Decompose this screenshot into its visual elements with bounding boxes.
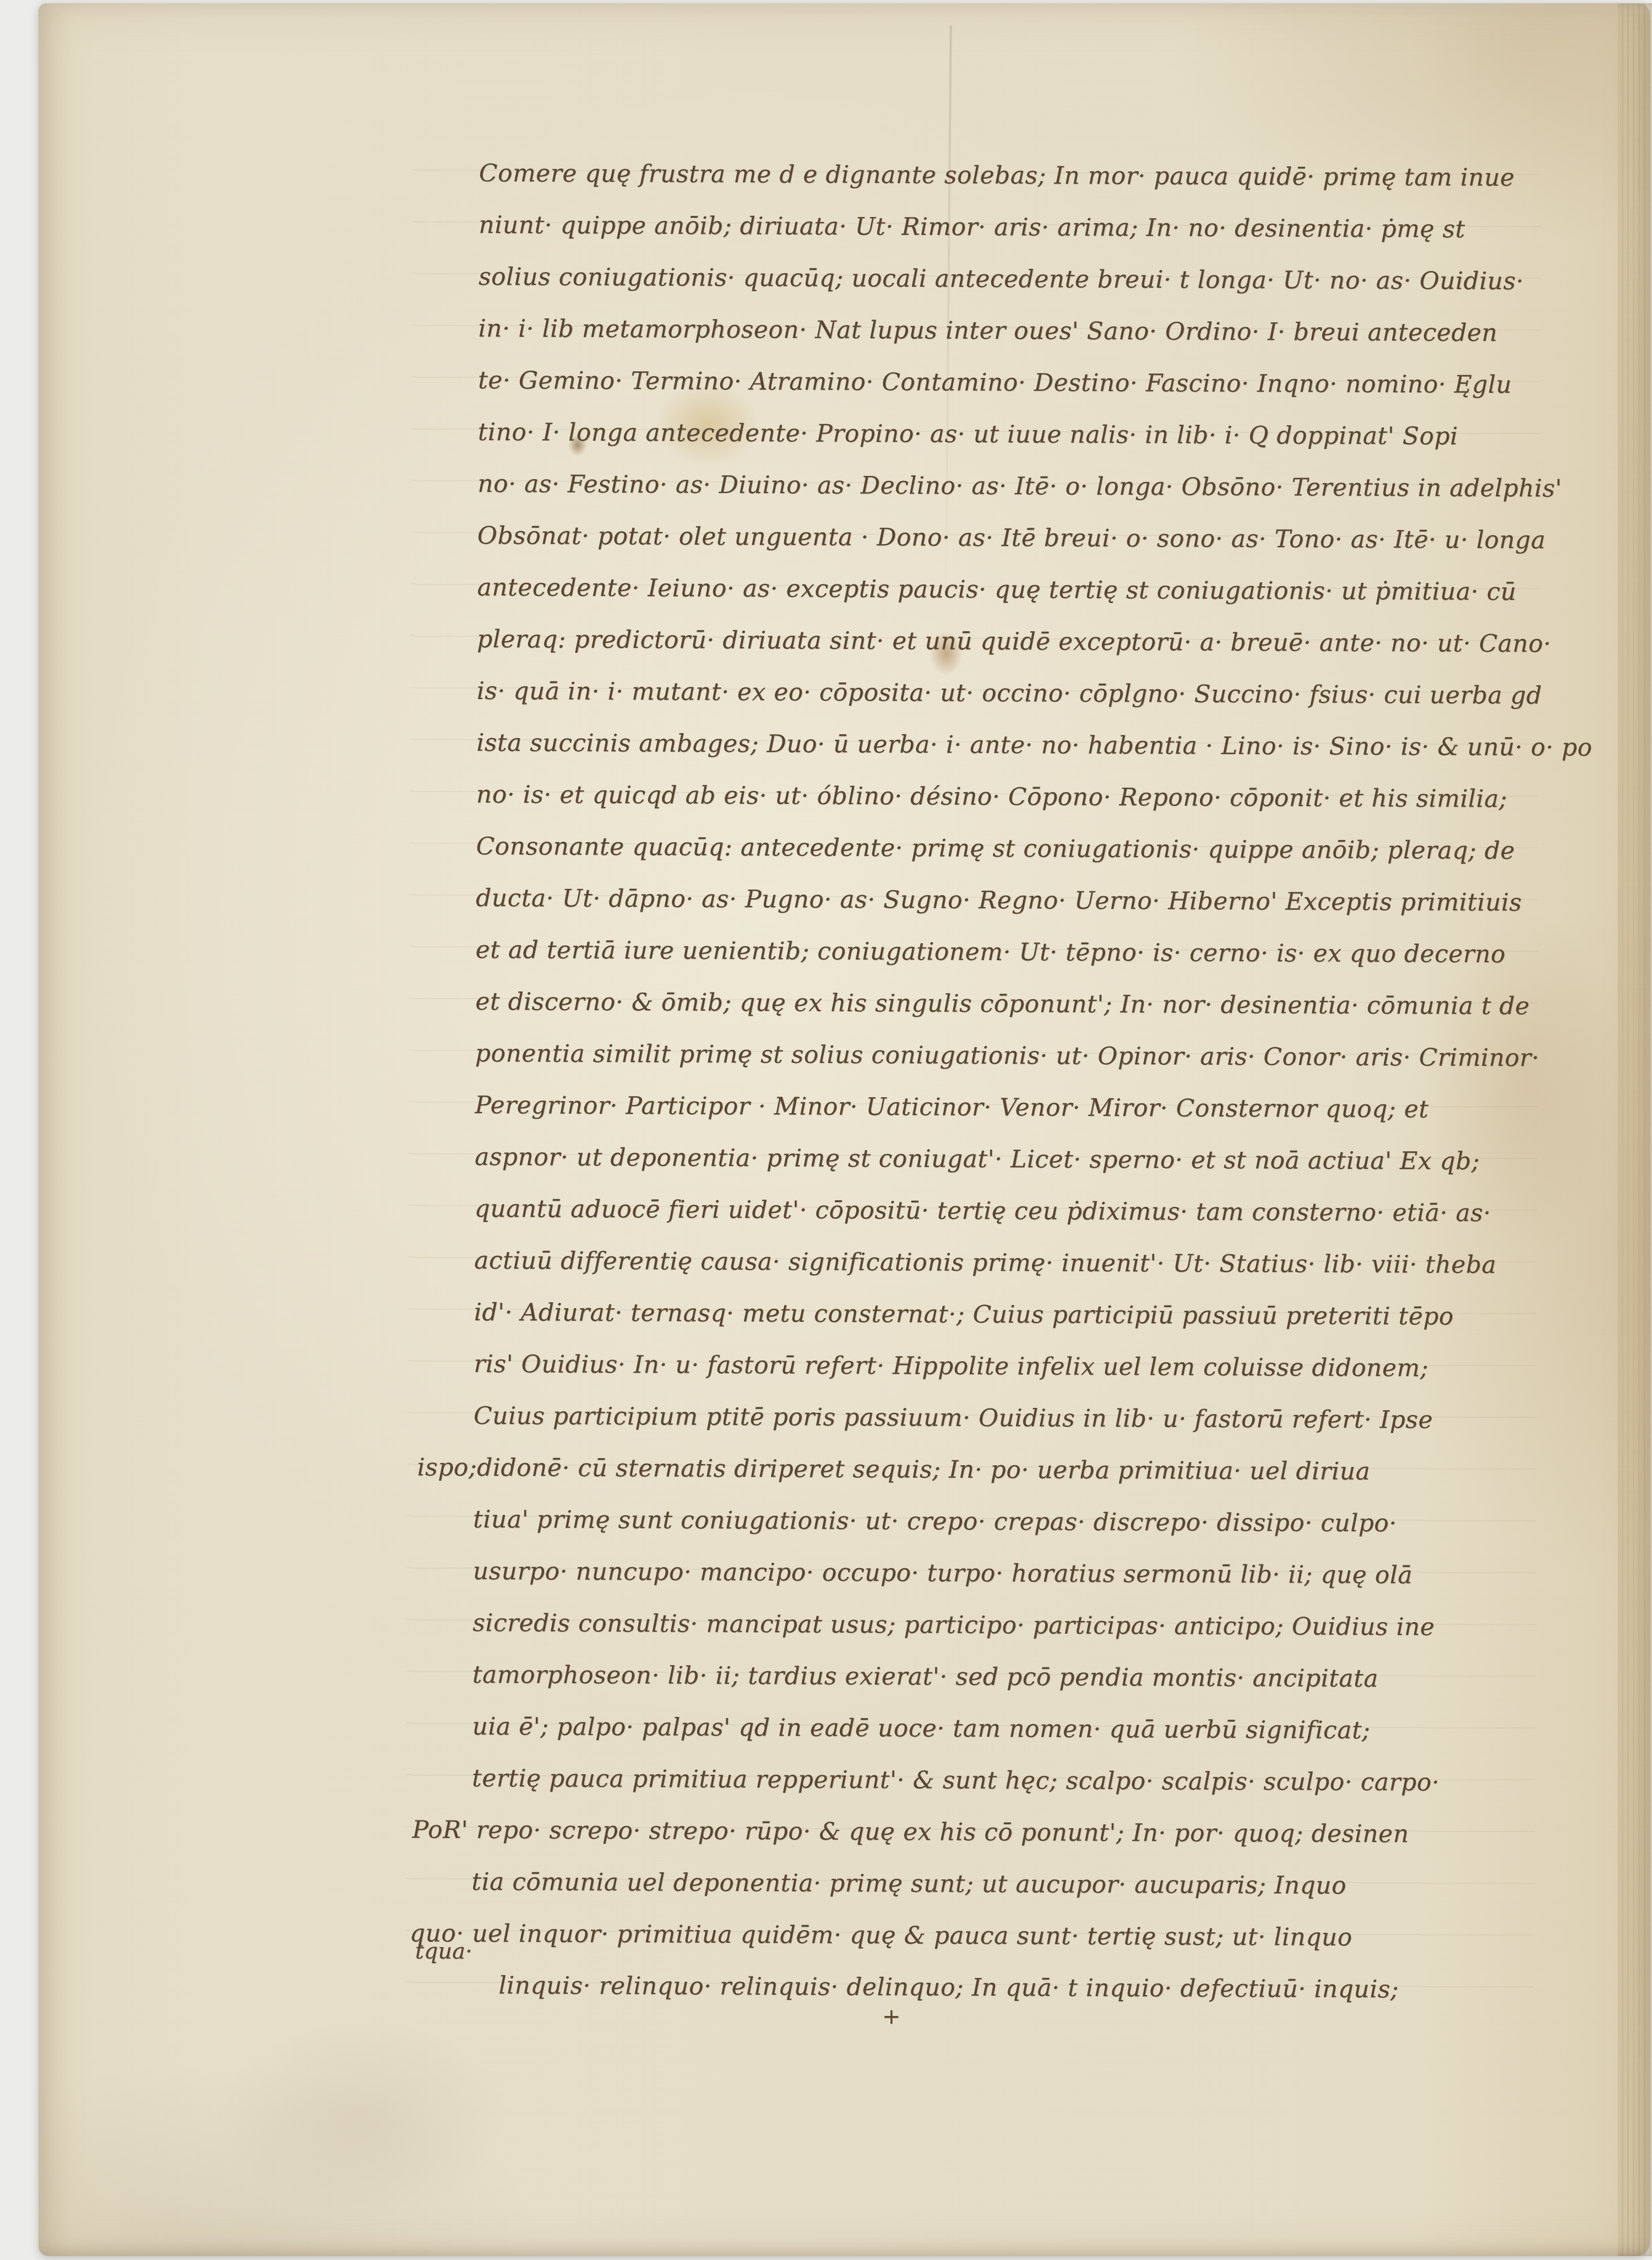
manuscript-text-line: no· as· Festino· as· Diuino· as· Declino…	[477, 458, 1562, 515]
manuscript-text-line: Peregrinor· Participor · Minor· Uaticino…	[475, 1080, 1428, 1136]
manuscript-text-line: et ad tertiā iure uenientib; coniugation…	[475, 924, 1506, 980]
manuscript-text-line: id'· Adiurat· ternasq· metu consternat·;…	[474, 1287, 1454, 1343]
manuscript-text-line: solius coniugationis· quacūq; uocali ant…	[479, 251, 1524, 307]
manuscript-text-line: sicredis consultis· mancipat usus; parti…	[472, 1597, 1435, 1654]
manuscript-text-line: ista succinis ambages; Duo· ū uerba· i· …	[476, 717, 1593, 774]
manuscript-text-line: quantū aduocē fieri uidet'· cōpositū· te…	[474, 1183, 1491, 1239]
manuscript-text-line: et discerno· & ōmib; quę ex his singulis…	[475, 976, 1530, 1032]
manuscript-text-line: is· quā in· i· mutant· ex eo· cōposita· …	[476, 665, 1542, 722]
backdrop-left-strip	[0, 0, 39, 2260]
manuscript-text-line: usurpo· nuncupo· mancipo· occupo· turpo·…	[473, 1546, 1413, 1601]
manuscript-text-line: linquis· relinquo· relinquis· delinquo; …	[498, 1960, 1399, 2015]
manuscript-text-line: niunt· quippe anōib; diriuata· Ut· Rimor…	[479, 199, 1465, 256]
manuscript-text-line: no· is· et quicqd ab eis· ut· óblino· dé…	[476, 769, 1508, 825]
manuscript-text-line: ispo;didonē· cū sternatis diriperet sequ…	[417, 1442, 1370, 1498]
manuscript-text-line: pleraq: predictorū· diriuata sint· et un…	[477, 614, 1551, 670]
manuscript-text-line: aspnor· ut deponentia· primę st coniugat…	[475, 1131, 1480, 1188]
manuscript-leaf: tqua· Comere quę frustra me d e dignante…	[39, 3, 1650, 2256]
fore-edge-stack	[1618, 3, 1652, 2256]
manuscript-text-line: te· Gemino· Termino· Atramino· Contamino…	[478, 355, 1512, 411]
manuscript-text-line: antecedente· Ieiuno· as· exceptis paucis…	[477, 562, 1517, 618]
manuscript-text-line: tia cōmunia uel deponentia· primę sunt; …	[471, 1856, 1346, 1912]
photograph-backdrop: tqua· Comere quę frustra me d e dignante…	[0, 0, 1652, 2260]
manuscript-text-line: Consonante quacūq: antecedente· primę st…	[476, 821, 1515, 877]
manuscript-text-line: PoR' repo· screpo· strepo· rūpo· & quę e…	[412, 1804, 1409, 1861]
manuscript-text-line: tertię pauca primitiua repperiunt'· & su…	[472, 1753, 1440, 1809]
manuscript-text-line: actiuū differentię causa· significationi…	[474, 1235, 1497, 1291]
manuscript-text-line: tiua' primę sunt coniugationis· ut· crep…	[473, 1494, 1397, 1549]
manuscript-text-line: Cuius participium ptitē poris passiuum· …	[474, 1390, 1433, 1446]
manuscript-text-line: Comere quę frustra me d e dignante soleb…	[479, 148, 1515, 204]
manuscript-text-line: uia ē'; palpo· palpas' qd in eadē uoce· …	[472, 1701, 1370, 1757]
manuscript-text-line: Obsōnat· potat· olet unguenta · Dono· as…	[477, 510, 1546, 566]
manuscript-text-line: quo· uel inquor· primitiua quidēm· quę &…	[410, 1907, 1352, 1963]
parchment-stain	[220, 2019, 507, 2218]
manuscript-text-line: ris' Ouidius· In· u· fastorū refert· Hip…	[474, 1338, 1428, 1395]
manuscript-text-line: in· i· lib metamorphoseon· Nat lupus int…	[478, 303, 1497, 359]
quire-mark: +	[882, 2004, 901, 2029]
manuscript-text-line: ponentia similit primę st solius coniuga…	[475, 1028, 1540, 1084]
manuscript-text-line: tamorphoseon· lib· ii; tardius exierat'·…	[472, 1649, 1379, 1705]
manuscript-text-line: ducta· Ut· dāpno· as· Pugno· as· Sugno· …	[476, 872, 1522, 929]
manuscript-text-line: tino· I· longa antecedente· Propino· as·…	[478, 407, 1458, 463]
text-block: tqua· Comere quę frustra me d e dignante…	[471, 148, 1514, 2036]
